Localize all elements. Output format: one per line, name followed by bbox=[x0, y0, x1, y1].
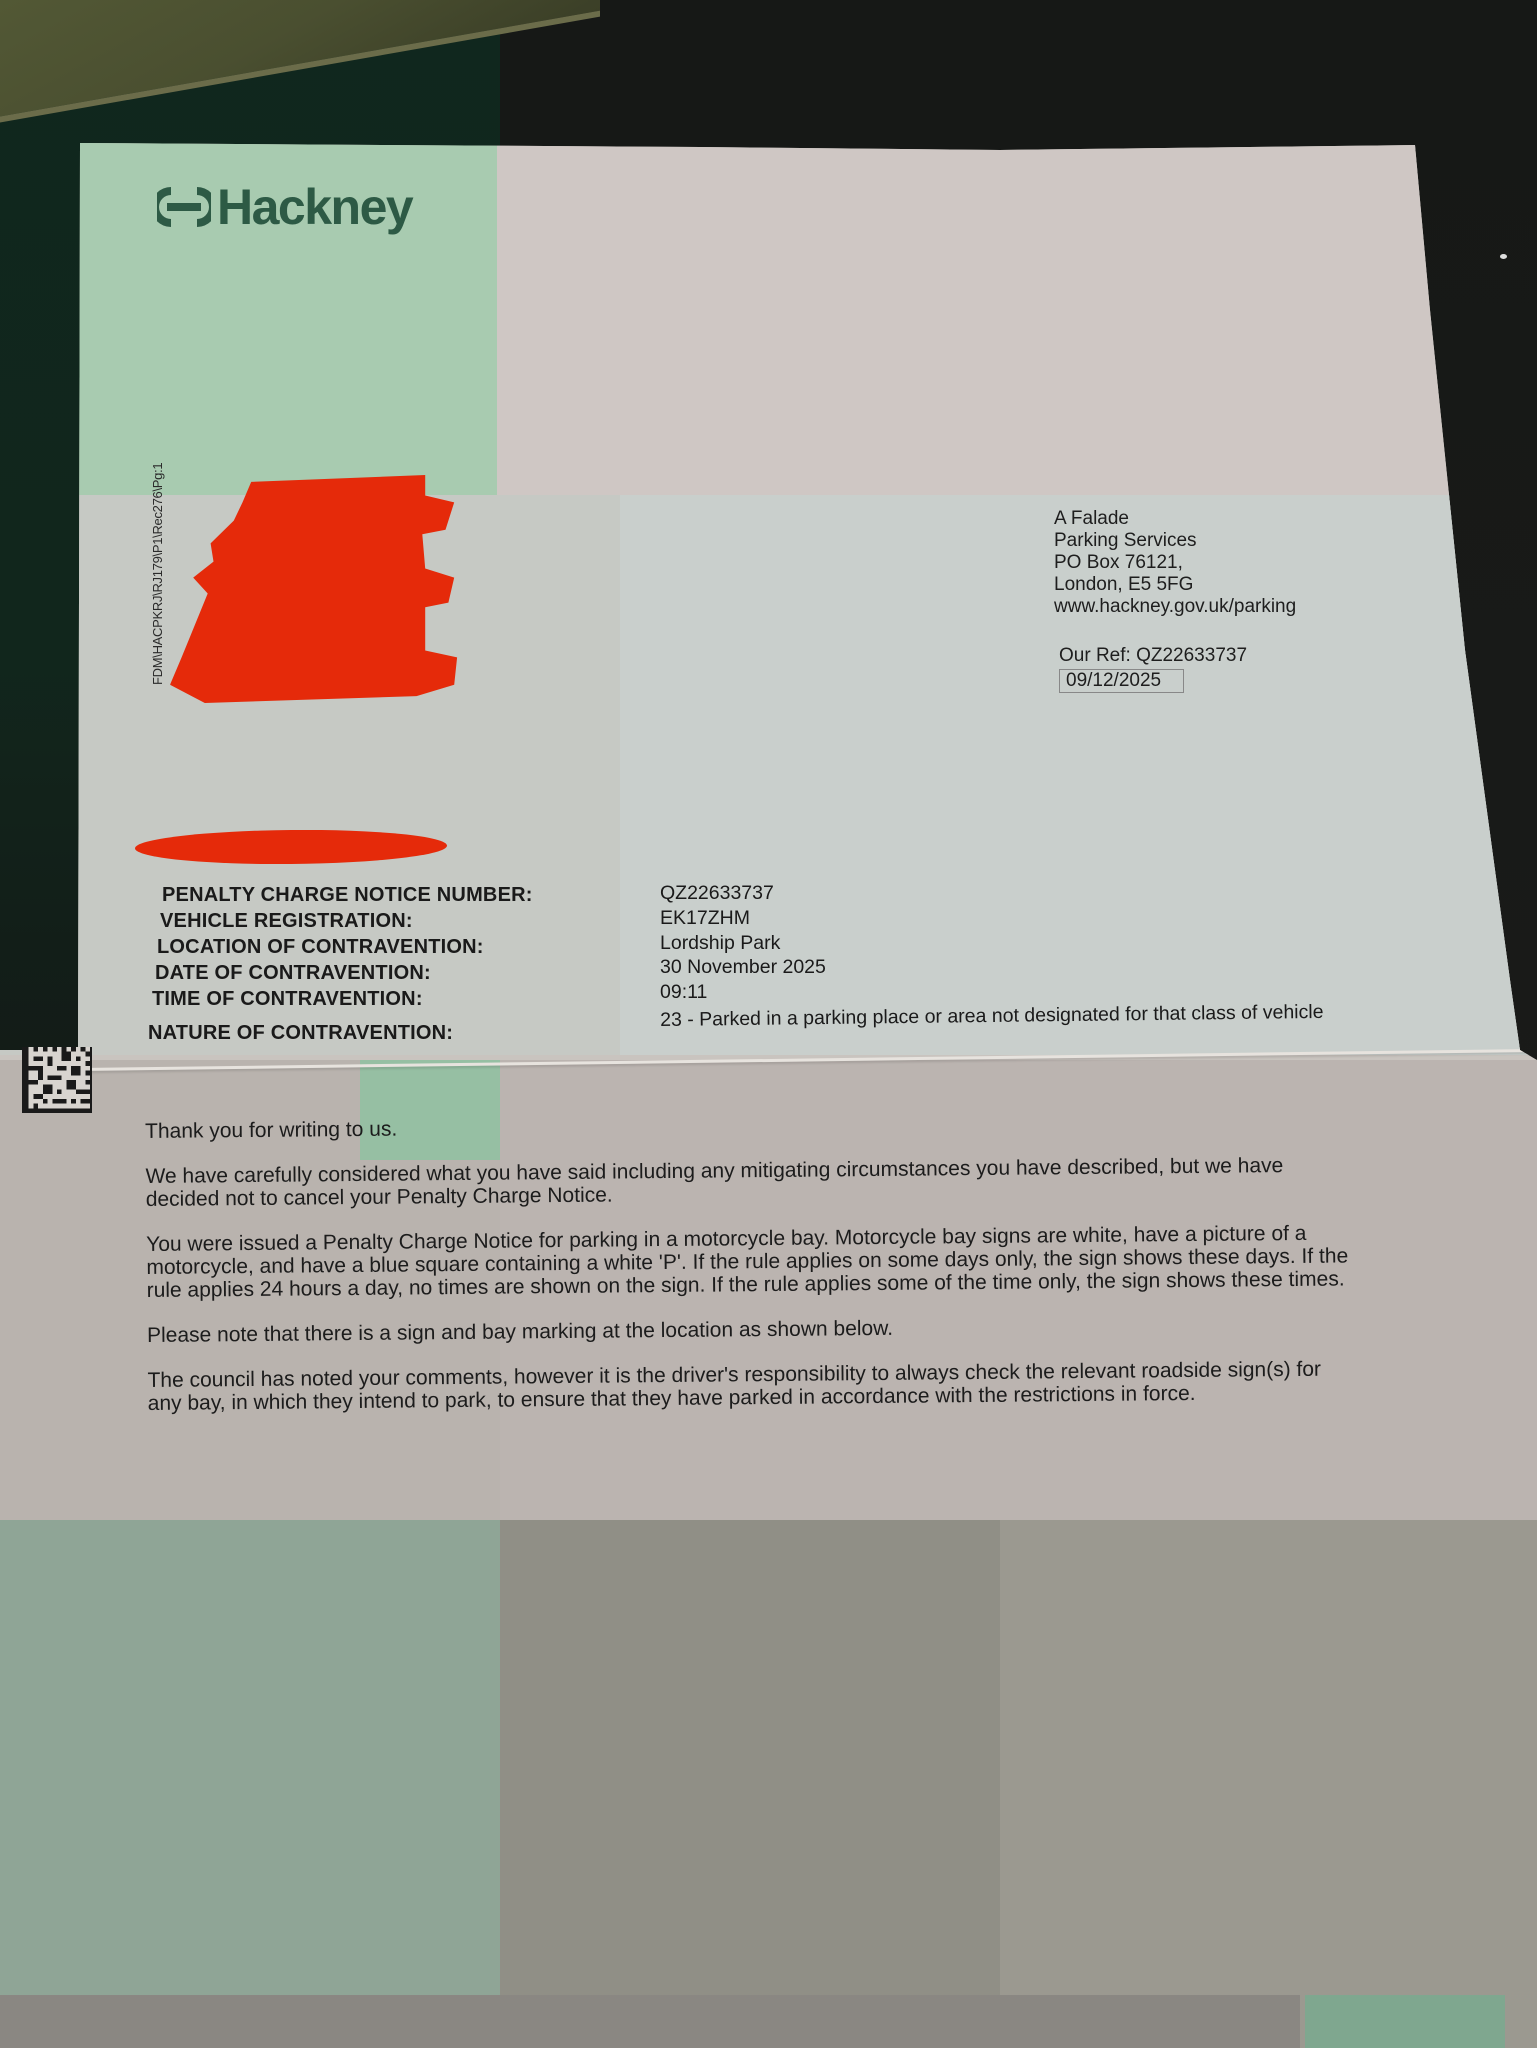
sender-name: A Falade bbox=[1054, 508, 1296, 530]
location-value: Lordship Park bbox=[660, 932, 780, 955]
detail-label: NATURE OF CONTRAVENTION: bbox=[148, 1022, 453, 1045]
time-value: 09:11 bbox=[660, 981, 707, 1004]
reference-block: Our Ref: QZ22633737 09/12/2025 bbox=[1059, 645, 1247, 693]
date-value: 30 November 2025 bbox=[660, 956, 826, 979]
detail-label: VEHICLE REGISTRATION: bbox=[160, 910, 413, 933]
letter-body: Thank you for writing to us. We have car… bbox=[145, 1108, 1378, 1437]
body-paragraph: The council has noted your comments, how… bbox=[147, 1357, 1357, 1415]
detail-label: LOCATION OF CONTRAVENTION: bbox=[157, 936, 484, 959]
detail-row: NATURE OF CONTRAVENTION: 23 - Parked in … bbox=[148, 1014, 1378, 1054]
sender-city-postcode: London, E5 5FG bbox=[1054, 574, 1296, 596]
paper-tint bbox=[0, 1995, 1300, 2048]
background-speck bbox=[1500, 254, 1507, 259]
body-paragraph: We have carefully considered what you ha… bbox=[145, 1153, 1345, 1211]
document-reference-code: FDM\HACPKRJ\RJ179\P1\Rec276\Pg:1 bbox=[150, 463, 165, 685]
vehicle-registration-value: EK17ZHM bbox=[660, 907, 750, 930]
our-ref-value: QZ22633737 bbox=[1136, 645, 1247, 666]
sender-department: Parking Services bbox=[1054, 530, 1296, 552]
letter-date: 09/12/2025 bbox=[1059, 669, 1184, 693]
paper-tint bbox=[500, 1520, 1000, 2000]
our-ref-label: Our Ref: bbox=[1059, 645, 1131, 666]
detail-label: TIME OF CONTRAVENTION: bbox=[152, 988, 423, 1011]
sender-po-box: PO Box 76121, bbox=[1054, 552, 1296, 574]
detail-label: DATE OF CONTRAVENTION: bbox=[155, 962, 431, 985]
paper-tint bbox=[1000, 1520, 1537, 2048]
datamatrix-code-icon bbox=[22, 1047, 92, 1113]
paper-tint bbox=[0, 1520, 500, 2000]
logo-text: Hackney bbox=[217, 178, 412, 236]
hackney-h-mark-icon bbox=[157, 185, 211, 229]
body-paragraph: You were issued a Penalty Charge Notice … bbox=[146, 1221, 1377, 1302]
detail-row: DATE OF CONTRAVENTION: 30 November 2025 bbox=[148, 962, 1378, 988]
pcn-number-value: QZ22633737 bbox=[660, 882, 774, 905]
paper-tint bbox=[1305, 1995, 1505, 2048]
detail-label: PENALTY CHARGE NOTICE NUMBER: bbox=[162, 884, 533, 907]
sender-address: A Falade Parking Services PO Box 76121, … bbox=[1054, 508, 1296, 618]
hackney-logo: Hackney bbox=[157, 178, 412, 236]
sender-website: www.hackney.gov.uk/parking bbox=[1054, 596, 1296, 618]
detail-row: PENALTY CHARGE NOTICE NUMBER: QZ22633737 bbox=[148, 884, 1378, 910]
body-paragraph: Please note that there is a sign and bay… bbox=[147, 1312, 1377, 1347]
pcn-details: PENALTY CHARGE NOTICE NUMBER: QZ22633737… bbox=[148, 884, 1378, 1054]
